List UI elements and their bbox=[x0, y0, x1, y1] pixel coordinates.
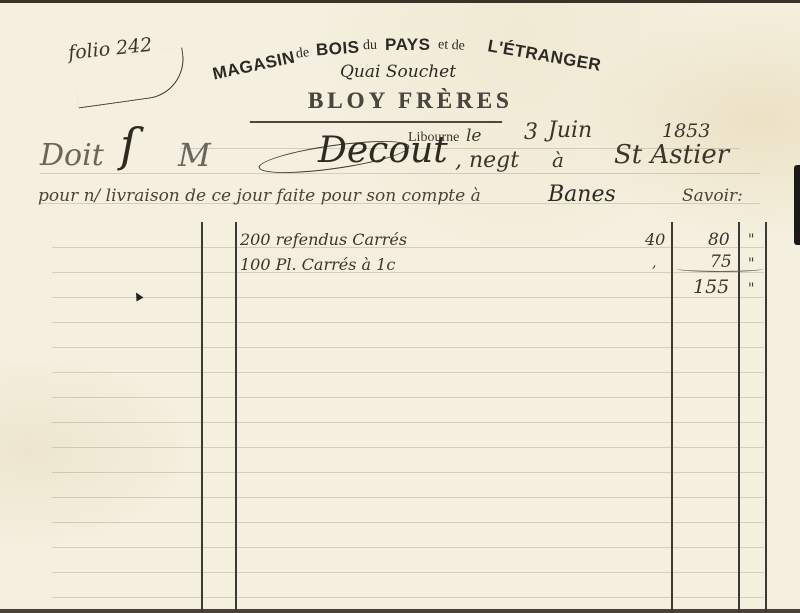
column-line bbox=[235, 222, 237, 613]
ruled-line bbox=[52, 497, 764, 498]
column-line bbox=[765, 222, 767, 613]
letterhead-word: L'ÉTRANGER bbox=[486, 36, 603, 76]
letterhead-word: et de bbox=[438, 37, 466, 54]
ruled-line bbox=[52, 297, 764, 298]
binder-clip bbox=[794, 165, 800, 245]
column-line bbox=[201, 222, 203, 613]
letterhead-address: Quai Souchet bbox=[340, 62, 456, 82]
letterhead-word: du bbox=[363, 38, 378, 54]
column-line bbox=[671, 222, 673, 613]
ruled-line bbox=[52, 322, 764, 323]
letterhead-word: BOIS bbox=[315, 38, 360, 61]
savoir-label: Savoir: bbox=[682, 186, 743, 206]
item-unit-price: , bbox=[652, 255, 656, 271]
delivery-destination: Banes bbox=[548, 182, 616, 207]
customer-location: St Astier bbox=[614, 140, 729, 170]
customer-occupation: , negt bbox=[455, 148, 519, 173]
item-description: 200 refendus Carrés bbox=[240, 230, 407, 249]
ruled-line bbox=[52, 272, 764, 273]
delivery-text: pour n/ livraison de ce jour faite pour … bbox=[38, 186, 481, 206]
mouse-cursor-icon bbox=[133, 291, 144, 302]
ruled-line bbox=[52, 522, 764, 523]
customer-name: Decout bbox=[318, 130, 448, 171]
letterhead-firm-name: BLOY FRÈRES bbox=[308, 88, 513, 114]
item-description: 100 Pl. Carrés à 1c bbox=[240, 255, 395, 274]
date-year: 1853 bbox=[662, 120, 710, 142]
bottom-edge bbox=[0, 609, 800, 613]
letterhead-word: MAGASIN bbox=[211, 48, 297, 85]
ruled-line bbox=[52, 397, 764, 398]
doit-label: Doit bbox=[40, 138, 104, 173]
ruled-line bbox=[52, 572, 764, 573]
date-le: le bbox=[466, 126, 482, 146]
invoice-paper: folio 242 MAGASIN de BOIS du PAYS et de … bbox=[0, 0, 800, 613]
item-amount: 80 bbox=[708, 230, 730, 250]
ruled-line bbox=[40, 173, 760, 174]
letterhead-rule bbox=[250, 121, 502, 123]
monsieur-label: M bbox=[178, 136, 211, 174]
date-month: Juin bbox=[548, 118, 592, 143]
letterhead-word: PAYS bbox=[385, 35, 430, 55]
total-underline bbox=[676, 265, 764, 272]
date-day: 3 bbox=[524, 120, 538, 145]
total-cents: " bbox=[748, 281, 754, 297]
ruled-line bbox=[52, 372, 764, 373]
ruled-line bbox=[52, 422, 764, 423]
ruled-line bbox=[52, 597, 764, 598]
item-cents: " bbox=[748, 232, 754, 248]
letterhead-word: de bbox=[295, 45, 310, 62]
ruled-line bbox=[52, 547, 764, 548]
ruled-line bbox=[52, 472, 764, 473]
top-edge bbox=[0, 0, 800, 3]
column-line bbox=[738, 222, 740, 613]
preposition-a: à bbox=[552, 148, 564, 172]
ruled-line bbox=[52, 347, 764, 348]
total-amount: 155 bbox=[693, 276, 729, 298]
doit-flourish: ſ bbox=[120, 118, 137, 172]
item-unit-price: 40 bbox=[645, 230, 665, 249]
ruled-line bbox=[52, 447, 764, 448]
